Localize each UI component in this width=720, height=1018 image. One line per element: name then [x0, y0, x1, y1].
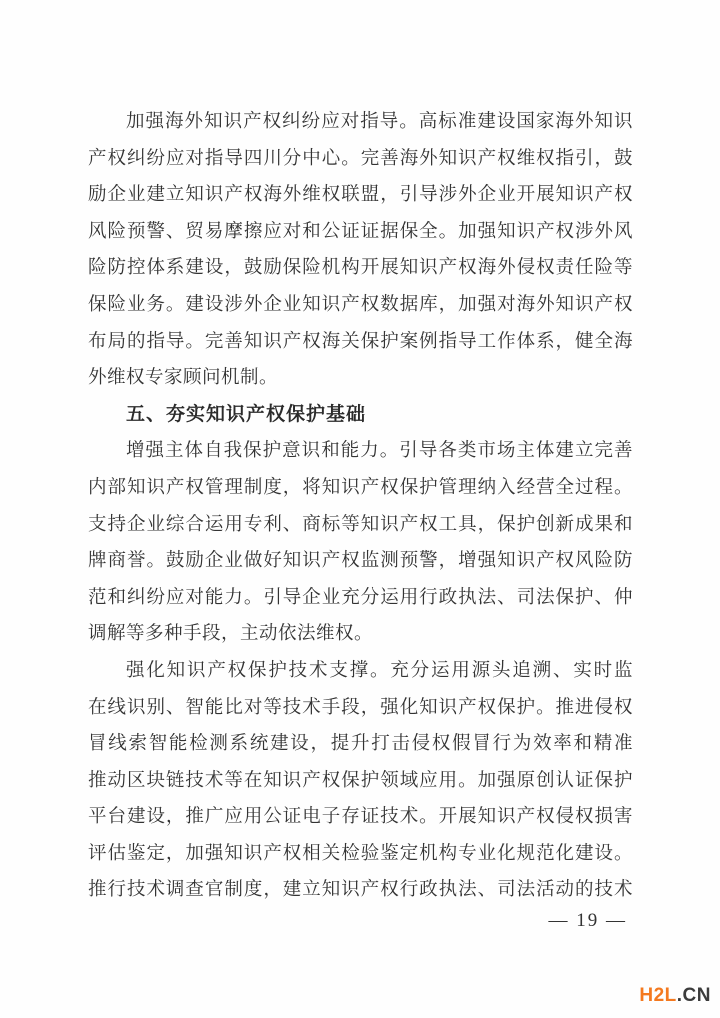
paragraph-line: 增强主体自我保护意识和能力。引导各类市场主体建立完善: [88, 433, 633, 470]
paragraph-line: 强化知识产权保护技术支撑。充分运用源头追溯、实时监测、: [88, 653, 633, 690]
paragraph-line: 布局的指导。完善知识产权海关保护案例指导工作体系，健全海: [88, 324, 633, 361]
paragraph-line: 平台建设，推广应用公证电子存证技术。开展知识产权侵权损害: [88, 799, 633, 836]
document-page: 加强海外知识产权纠纷应对指导。高标准建设国家海外知识 产权纠纷应对指导四川分中心…: [0, 0, 720, 1018]
paragraph-line: 推动区块链技术等在知识产权保护领域应用。加强原创认证保护: [88, 763, 633, 800]
paragraph-line: 推行技术调查官制度，建立知识产权行政执法、司法活动的技术调: [88, 872, 633, 909]
site-logo-brand: H2L: [639, 985, 676, 1006]
paragraph-line: 风险预警、贸易摩擦应对和公证证据保全。加强知识产权涉外风: [88, 214, 633, 251]
document-text-block: 加强海外知识产权纠纷应对指导。高标准建设国家海外知识 产权纠纷应对指导四川分中心…: [88, 104, 633, 909]
paragraph-line: 产权纠纷应对指导四川分中心。完善海外知识产权维权指引，鼓: [88, 141, 633, 178]
page-number: — 19 —: [549, 908, 628, 934]
section-heading: 五、夯实知识产权保护基础: [88, 397, 633, 434]
paragraph-line: 在线识别、智能比对等技术手段，强化知识产权保护。推进侵权假: [88, 690, 633, 727]
paragraph-line: 内部知识产权管理制度，将知识产权保护管理纳入经营全过程。: [88, 470, 633, 507]
paragraph-line: 险防控体系建设，鼓励保险机构开展知识产权海外侵权责任险等: [88, 250, 633, 287]
paragraph-line: 范和纠纷应对能力。引导企业充分运用行政执法、司法保护、仲裁: [88, 580, 633, 617]
paragraph-line: 加强海外知识产权纠纷应对指导。高标准建设国家海外知识: [88, 104, 633, 141]
paragraph-line: 牌商誉。鼓励企业做好知识产权监测预警，增强知识产权风险防: [88, 543, 633, 580]
paragraph-line: 外维权专家顾问机制。: [88, 360, 633, 397]
paragraph-line: 保险业务。建设涉外企业知识产权数据库，加强对海外知识产权: [88, 287, 633, 324]
site-logo: H2L.CN: [639, 986, 711, 1005]
paragraph-line: 评估鉴定，加强知识产权相关检验鉴定机构专业化规范化建设。: [88, 836, 633, 873]
paragraph-line: 支持企业综合运用专利、商标等知识产权工具，保护创新成果和品: [88, 507, 633, 544]
paragraph-line: 励企业建立知识产权海外维权联盟，引导涉外企业开展知识产权: [88, 177, 633, 214]
site-logo-tld: .CN: [677, 985, 711, 1006]
paragraph-line: 冒线索智能检测系统建设，提升打击侵权假冒行为效率和精准度。: [88, 726, 633, 763]
paragraph-line: 调解等多种手段，主动依法维权。: [88, 616, 633, 653]
